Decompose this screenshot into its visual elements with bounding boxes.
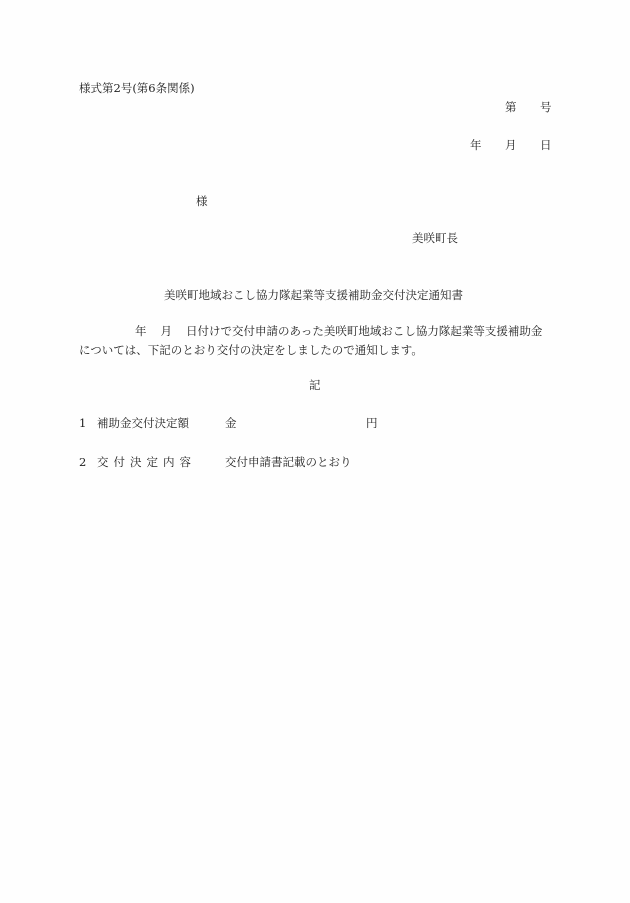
item-1-value-suffix: 円 xyxy=(366,416,378,430)
document-page: 様式第2号(第6条関係) 第 号 年 月 日 様 美咲町長 美咲町地域おこし協力… xyxy=(0,0,630,903)
date-day: 日 xyxy=(540,138,552,152)
item-1-value-prefix: 金 xyxy=(225,416,237,430)
doc-number-prefix: 第 xyxy=(505,100,517,114)
body-year: 年 xyxy=(135,324,147,338)
body-rest: 日付けで交付申請のあった美咲町地域おこし協力隊起業等支援補助金 xyxy=(186,324,542,338)
item-1-number: 1 xyxy=(79,416,86,430)
recipient-honorific: 様 xyxy=(196,194,208,208)
ki-heading: 記 xyxy=(309,378,321,392)
issuer: 美咲町長 xyxy=(412,231,458,245)
item-2-value: 交付申請書記載のとおり xyxy=(225,455,352,469)
item-2-number: 2 xyxy=(79,455,86,469)
body-month: 月 xyxy=(161,324,173,338)
date-year: 年 xyxy=(470,138,482,152)
form-label: 様式第2号(第6条関係) xyxy=(79,81,195,95)
document-title: 美咲町地域おこし協力隊起業等支援補助金交付決定通知書 xyxy=(164,288,463,302)
item-2-label: 交付決定内容 xyxy=(97,455,196,469)
date-month: 月 xyxy=(505,138,517,152)
body-line-2: については、下記のとおり交付の決定をしましたので通知します。 xyxy=(79,343,423,357)
doc-number-suffix: 号 xyxy=(540,100,552,114)
body-line-1: 年月日付けで交付申請のあった美咲町地域おこし協力隊起業等支援補助金 xyxy=(79,324,542,338)
item-1-label: 補助金交付決定額 xyxy=(97,416,189,430)
